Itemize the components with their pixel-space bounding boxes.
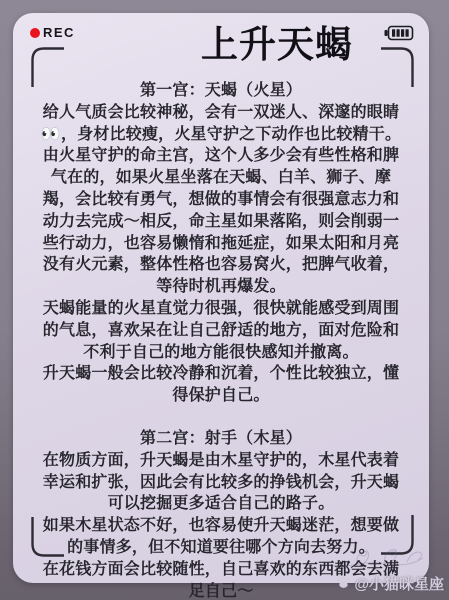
page-title: 上升天蝎 [201,14,353,68]
section-first-house: 第一宫：天蝎（火星） 给人气质会比较神秘，会有一双迷人、深邃的眼睛👀，身材比较瘦… [40,80,402,407]
paragraph: 由火星守护的命主宫，这个人多少会有些性格和脾气在的，如果火星坐落在天蝎、白羊、狮… [40,145,402,298]
paragraph: 在物质方面，升天蝎是由木星守护的，木星代表着幸运和扩张，因此会有比较多的挣钱机会… [40,450,402,515]
section-heading: 第一宫：天蝎（火星） [40,80,402,102]
watermark: @小猫咪星座 [336,573,444,594]
paragraph: 如果木星状态不好，也容易使升天蝎迷茫，想要做的事情多，但不知道要往哪个方向去努力… [40,515,402,559]
battery-icon [384,25,414,46]
paragraph: 给人气质会比较神秘，会有一双迷人、深邃的眼睛👀，身材比较瘦，火星守护之下动作也比… [40,102,402,146]
rec-indicator: REC [30,25,75,40]
paw-icon [336,575,351,593]
astrology-post-image: { "frame": { "rec_label": "REC", "title"… [0,0,449,600]
article-body: 第一宫：天蝎（火星） 给人气质会比较神秘，会有一双迷人、深邃的眼睛👀，身材比较瘦… [40,80,402,600]
watermark-text: @小猫咪星座 [354,573,444,594]
rec-label: REC [43,25,75,40]
paragraph: 天蝎能量的火星直觉力很强，很快就能感受到周围的气息，喜欢呆在让自己舒适的地方，面… [40,298,402,363]
section-heading: 第二宫：射手（木星） [40,428,402,450]
paragraph: 升天蝎一般会比较冷静和沉着，个性比较独立，懂得保护自己。 [40,363,402,407]
rec-dot-icon [30,28,40,38]
viewfinder-card: REC 上升天蝎 [13,13,429,583]
